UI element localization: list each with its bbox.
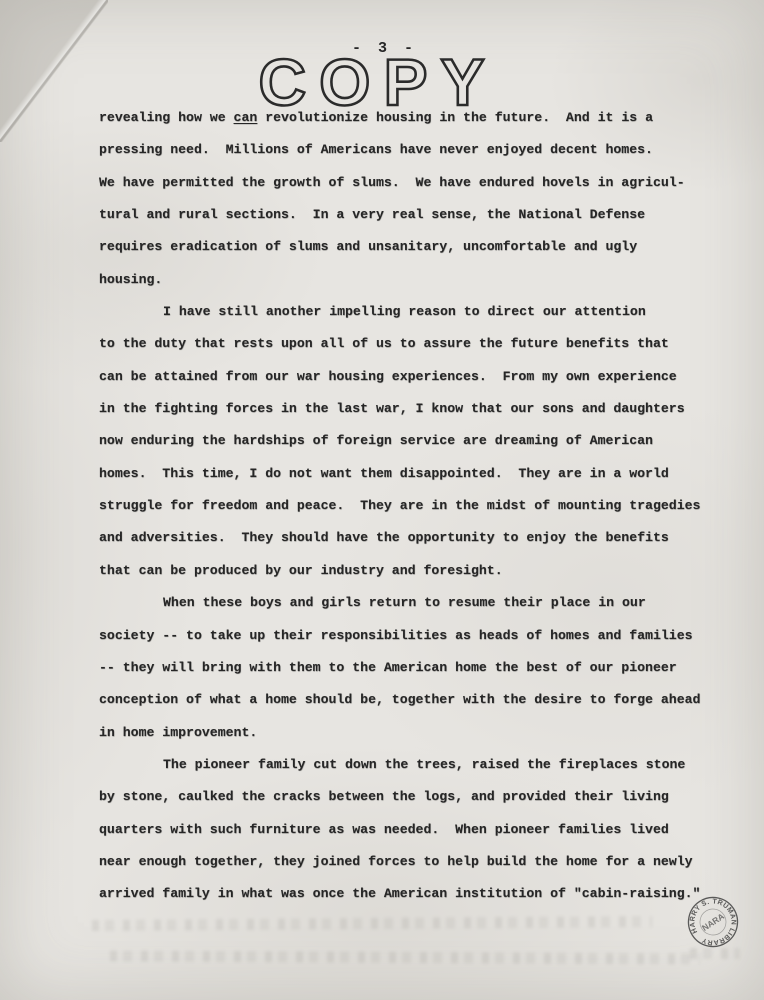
text-line: in home improvement. [99,717,724,749]
text-line: requires eradication of slums and unsani… [99,231,724,263]
text-line: that can be produced by our industry and… [99,555,724,587]
text-line: quarters with such furniture as was need… [99,814,724,846]
text-line: can be attained from our war housing exp… [99,361,724,393]
text-line: by stone, caulked the cracks between the… [99,781,724,813]
bleed-through-smudge [690,948,740,959]
text-line: When these boys and girls return to resu… [99,587,724,619]
document-body: revealing how we can revolutionize housi… [99,102,724,911]
text-line: tural and rural sections. In a very real… [99,199,724,231]
stamp-center-text: NARA [700,911,726,933]
text-line: arrived family in what was once the Amer… [99,878,724,910]
scanned-document-page: - 3 - COPY revealing how we can revoluti… [0,0,764,1000]
text-line: and adversities. They should have the op… [99,522,724,554]
text-line: homes. This time, I do not want them dis… [99,458,724,490]
bleed-through-smudge [110,950,700,964]
text-line: now enduring the hardships of foreign se… [99,425,724,457]
text-line: The pioneer family cut down the trees, r… [99,749,724,781]
text-line: -- they will bring with them to the Amer… [99,652,724,684]
text-line: housing. [99,264,724,296]
page-corner-fold [0,0,108,142]
text-line: pressing need. Millions of Americans hav… [99,134,724,166]
text-line: conception of what a home should be, tog… [99,684,724,716]
text-line: to the duty that rests upon all of us to… [99,328,724,360]
bleed-through-smudge [92,916,652,931]
text-line: in the fighting forces in the last war, … [99,393,724,425]
text-line: revealing how we can revolutionize housi… [99,102,724,134]
text-line: society -- to take up their responsibili… [99,620,724,652]
truman-library-stamp: HARRY S. TRUMAN LIBRARY NARA [679,888,747,956]
text-line: I have still another impelling reason to… [99,296,724,328]
text-line: struggle for freedom and peace. They are… [99,490,724,522]
text-line: near enough together, they joined forces… [99,846,724,878]
text-line: We have permitted the growth of slums. W… [99,167,724,199]
